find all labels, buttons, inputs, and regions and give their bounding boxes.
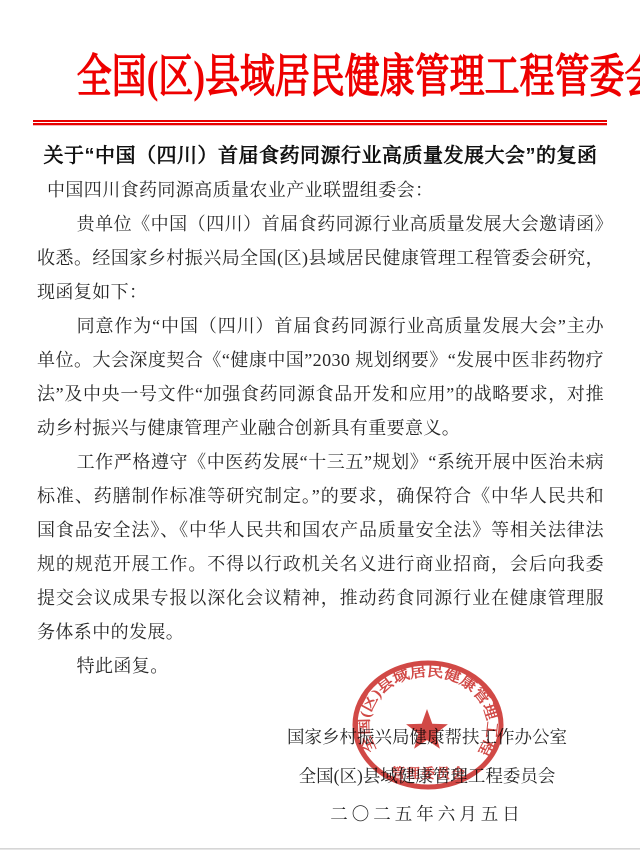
page-bottom-edge [0,848,640,850]
signature-block: 国家乡村振兴局健康帮扶工作办公室 全国(区)县域健康管理工程委员会 二〇二五年六… [277,718,577,834]
letter-body: 关于“中国（四川）首届食药同源行业高质量发展大会”的复函 中国四川食药同源高质量… [0,143,640,683]
closing-phrase: 特此函复。 [37,649,604,683]
salutation: 中国四川食药同源高质量农业产业联盟组委会： [37,173,604,207]
paragraph-2: 同意作为“中国（四川）首届食药同源行业高质量发展大会”主办单位。大会深度契合《“… [37,309,604,445]
paragraph-1: 贵单位《中国（四川）首届食药同源行业高质量发展大会邀请函》收悉。经国家乡村振兴局… [37,207,604,309]
letterhead: 全国(区)县域居民健康管理工程管委会 [0,50,640,126]
paragraph-3: 工作严格遵守《中医药发展“十三五”规划》“系统开展中医治未病标准、药膳制作标准等… [37,445,604,649]
signature-date: 二〇二五年六月五日 [277,795,577,834]
letterhead-divider [33,120,607,126]
signature-office: 国家乡村振兴局健康帮扶工作办公室 [277,718,577,757]
letter-subject: 关于“中国（四川）首届食药同源行业高质量发展大会”的复函 [37,143,604,169]
letterhead-title: 全国(区)县域居民健康管理工程管委会 [77,50,563,104]
document-page: 全国(区)县域居民健康管理工程管委会 关于“中国（四川）首届食药同源行业高质量发… [0,0,640,853]
signature-committee: 全国(区)县域健康管理工程委员会 [277,757,577,796]
